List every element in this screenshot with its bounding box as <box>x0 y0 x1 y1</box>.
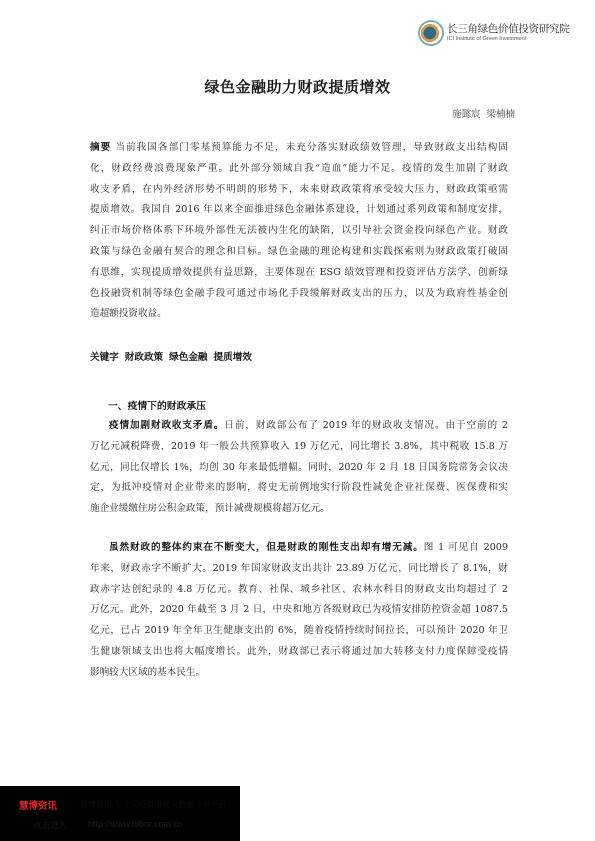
abstract-line: 提质增效。我国自 2016 年以来全面推进绿色金融体系建设，计划通过系列政策和制… <box>90 200 508 221</box>
authors: 施懿宸梁楠楠 <box>452 106 515 120</box>
paragraph-line: 定，为抵冲疫情对企业带来的影响，将史无前例地实行阶段性减免企业社保费、医保费和实 <box>90 478 508 499</box>
abstract-line: 纠正市场价格体系下环境外部性无法被内生化的缺陷，以引导社会资金投向绿色产业。财政 <box>90 221 508 242</box>
keyword: 绿色金融 <box>169 352 207 363</box>
abstract-line: 政策与绿色金融有契合的理念和目标。绿色金融的理论构建和实践探索则为财政政策打破固 <box>90 242 508 263</box>
paragraph-line: 疫情加剧财政收支矛盾。日前，财政部公布了 2019 年的财政收支情况。由于空前的… <box>90 416 508 437</box>
institute-emblem-icon <box>418 20 444 46</box>
abstract-label: 摘要 <box>90 142 111 153</box>
paragraph-line: 生健康领域支出也将大幅度增长。此外，财政部已表示将通过加大转移支付力度保障受疫情 <box>90 642 508 663</box>
paragraph-line: 政赤字达创纪录的 4.8 万亿元。教育、社保、城乡社区、农林水科目的财政支出均超… <box>90 580 508 601</box>
footer-enter-label: 点击进入 <box>33 819 67 831</box>
paragraph-lead: 疫情加剧财政收支矛盾。 <box>109 420 224 431</box>
logo-cn: 长三角绿色价值投资研究院 <box>447 24 569 35</box>
author: 施懿宸 <box>452 109 481 120</box>
footer-brand: 慧博资讯 <box>19 798 57 812</box>
keyword: 财政政策 <box>125 352 163 363</box>
abstract: 摘要 当前我国各部门零基预算能力不足，未充分落实财政绩效管理，导致财政支出结构固… <box>90 138 508 325</box>
institute-logo: 长三角绿色价值投资研究院 ICI Institute of Green Inve… <box>418 20 569 46</box>
footer-url-link[interactable]: http://www.hibor.com.cn <box>88 819 183 829</box>
abstract-line: 化，财政经费浪费现象严重。此外部分领域自我“造血”能力不足。疫情的发生加剧了财政 <box>90 159 508 180</box>
abstract-line: 色投融资机制等绿色金融手段可通过市场化手段缓解财政支出的压力，以及为政府性基金创 <box>90 284 508 305</box>
keywords: 关键字财政政策绿色金融提质增效 <box>90 349 258 363</box>
keywords-label: 关键字 <box>90 352 119 363</box>
paragraph-line: 虽然财政的整体约束在不断变大，但是财政的刚性支出却有增无减。图 1 可见自 20… <box>90 538 508 559</box>
paragraph-line: 年来，财政赤字不断扩大。2019 年国家财政支出共计 23.89 万亿元，同比增… <box>90 559 508 580</box>
abstract-line: 摘要 当前我国各部门零基预算能力不足，未充分落实财政绩效管理，导致财政支出结构固 <box>90 138 508 159</box>
logo-en: ICI Institute of Green Investment <box>447 37 569 43</box>
paragraph-lead: 虽然财政的整体约束在不断变大，但是财政的刚性支出却有增无减。 <box>109 542 424 553</box>
author: 梁楠楠 <box>486 109 515 120</box>
paragraph-line: 万亿元。此外，2020 年截至 3 月 2 日，中央和地方各级财政已为疫情安排防… <box>90 600 508 621</box>
section-heading: 一、疫情下的财政承压 <box>108 398 206 412</box>
footer-tagline: 慧博资讯 专业的投资研究大数据分享平台 <box>80 799 226 810</box>
keyword: 提质增效 <box>214 352 252 363</box>
abstract-line: 收支矛盾，在内外经济形势不明朗的形势下，未来财政政策将承受较大压力，财政政策亟需 <box>90 180 508 201</box>
footer-banner[interactable]: 慧博资讯 慧博资讯 专业的投资研究大数据分享平台 点击进入 http://www… <box>0 786 240 841</box>
abstract-line: 造超额投资收益。 <box>90 304 508 325</box>
page-title: 绿色金融助力财政提质增效 <box>0 76 595 97</box>
paragraph-line: 施企业缓缴住房公积金政策，预计减费规模将超万亿元。 <box>90 499 508 520</box>
abstract-line: 有思维，实现提质增效提供有益思路，主要体现在 ESG 绩效管理和投资评估方法学、… <box>90 263 508 284</box>
paragraph-line: 亿元，同比仅增长 1%，均创 30 年来最低增幅。同时，2020 年 2 月 1… <box>90 458 508 479</box>
logo-text: 长三角绿色价值投资研究院 ICI Institute of Green Inve… <box>447 24 569 42</box>
paragraph-line: 影响较大区域的基本民生。 <box>90 663 508 684</box>
paragraph: 疫情加剧财政收支矛盾。日前，财政部公布了 2019 年的财政收支情况。由于空前的… <box>90 416 508 520</box>
paragraph-line: 万亿元减税降费，2019 年一般公共预算收入 19 万亿元，同比增长 3.8%，… <box>90 437 508 458</box>
paragraph: 虽然财政的整体约束在不断变大，但是财政的刚性支出却有增无减。图 1 可见自 20… <box>90 538 508 684</box>
paragraph-line: 亿元，已占 2019 年全年卫生健康支出的 6%，随着疫情持续时间拉长，可以预计… <box>90 621 508 642</box>
